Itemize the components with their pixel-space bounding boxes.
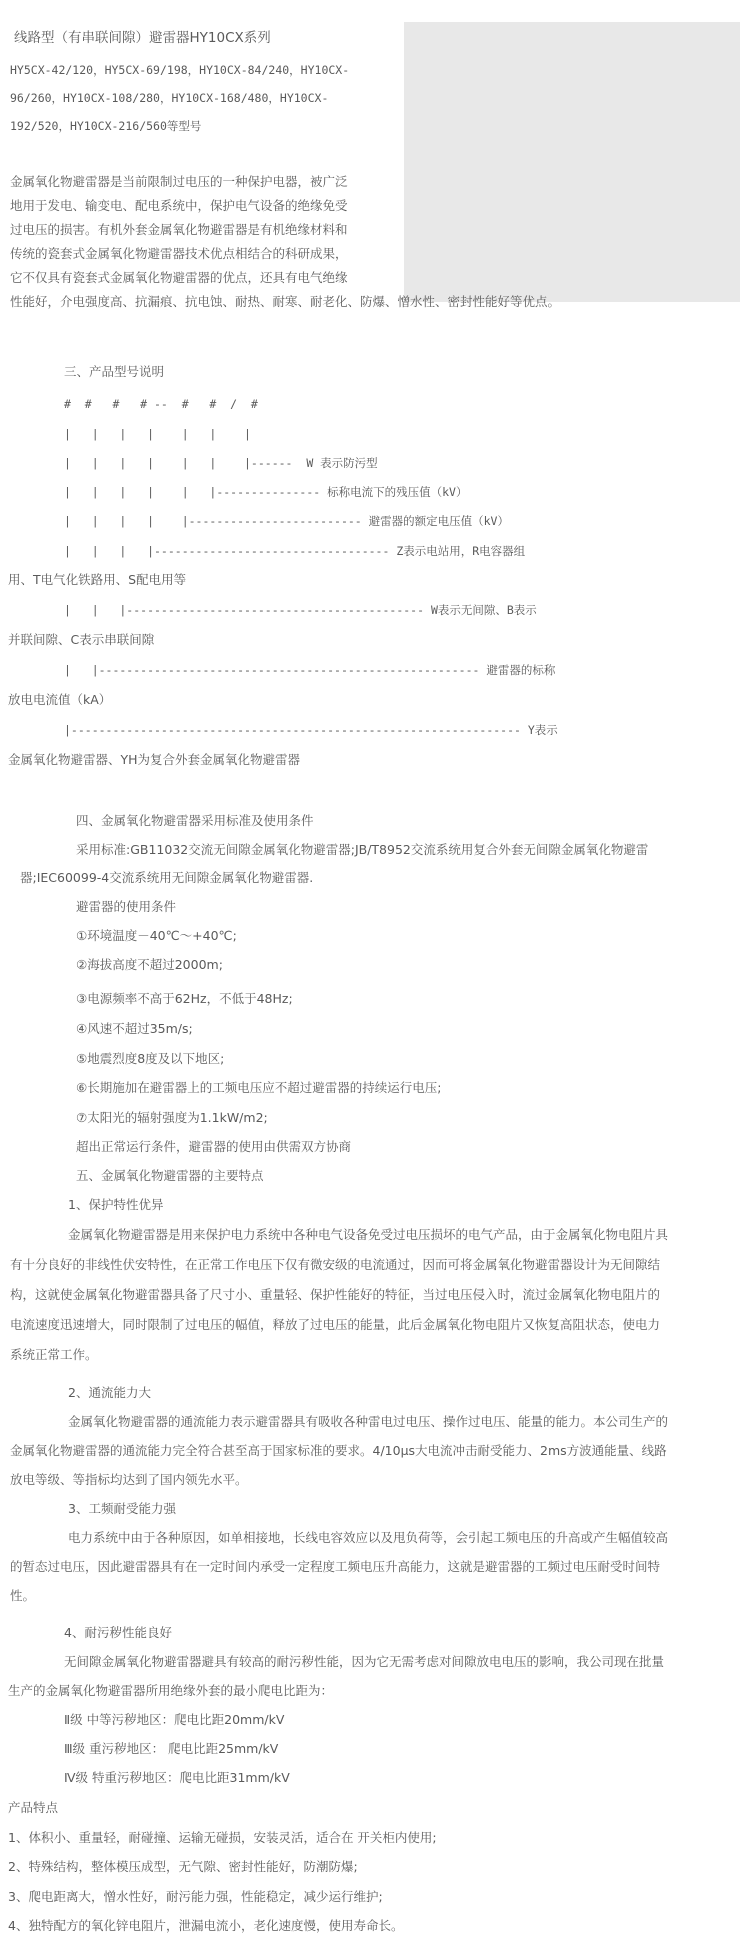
feature-title: 3、工频耐受能力强 <box>68 1501 176 1517</box>
diagram-line: | |-------------------------------------… <box>64 662 555 678</box>
condition-item: ⑥长期施加在避雷器上的工频电压应不超过避雷器的持续运行电压; <box>76 1080 441 1096</box>
diagram-line: 用、T电气化铁路用、S配电用等 <box>8 572 186 588</box>
model-list-line: 192/520，HY10CX-216/560等型号 <box>10 118 201 134</box>
condition-item: ⑦太阳光的辐射强度为1.1kW/m2; <box>76 1110 268 1126</box>
feature-line: 性。 <box>10 1588 35 1604</box>
intro-line: 过电压的损害。有机外套金属氧化物避雷器是有机绝缘材料和 <box>10 222 348 238</box>
intro-line: 性能好，介电强度高、抗漏痕、抗电蚀、耐热、耐寒、耐老化、防爆、憎水性、密封性能好… <box>10 294 560 310</box>
feature-line: 构，这就使金属氧化物避雷器具备了尺寸小、重量轻、保护性能好的特征，当过电压侵入时… <box>10 1287 660 1303</box>
section-heading: 产品特点 <box>8 1800 58 1816</box>
feature-line: 金属氧化物避雷器是用来保护电力系统中各种电气设备免受过电压损坏的电气产品，由于金… <box>68 1227 668 1243</box>
feature-line: 系统正常工作。 <box>10 1347 98 1363</box>
diagram-line: |---------------------------------------… <box>64 722 558 738</box>
pollution-grade: Ⅲ级 重污秽地区： 爬电比距25mm/kV <box>64 1741 278 1757</box>
section-heading: 五、金属氧化物避雷器的主要特点 <box>76 1168 264 1184</box>
condition-item: ①环境温度－40℃～+40℃; <box>76 928 237 944</box>
intro-line: 地用于发电、输变电、配电系统中，保护电气设备的绝缘免受 <box>10 198 348 214</box>
pollution-grade: Ⅱ级 中等污秽地区：爬电比距20mm/kV <box>64 1712 284 1728</box>
product-feature-item: 2、特殊结构，整体模压成型，无气隙、密封性能好，防潮防爆; <box>8 1859 358 1875</box>
product-feature-item: 1、体积小、重量轻，耐碰撞、运输无碰损，安装灵活，适合在 开关柜内使用; <box>8 1830 437 1846</box>
feature-line: 金属氧化物避雷器的通流能力表示避雷器具有吸收各种雷电过电压、操作过电压、能量的能… <box>68 1414 668 1430</box>
condition-item: ④风速不超过35m/s; <box>76 1021 193 1037</box>
diagram-line: | | | | |------------------------- 避雷器的额… <box>64 513 509 529</box>
section-heading: 三、产品型号说明 <box>64 364 164 380</box>
intro-line: 金属氧化物避雷器是当前限制过电压的一种保护电器，被广泛 <box>10 174 348 190</box>
feature-line: 放电等级、等指标均达到了国内领先水平。 <box>10 1472 248 1488</box>
pollution-grade: Ⅳ级 特重污秽地区：爬电比距31mm/kV <box>64 1770 290 1786</box>
standards-line: 器;IEC60099-4交流系统用无间隙金属氧化物避雷器. <box>20 870 313 886</box>
section-heading: 四、金属氧化物避雷器采用标准及使用条件 <box>76 813 314 829</box>
page-title: 线路型（有串联间隙）避雷器HY10CX系列 <box>14 30 271 46</box>
diagram-line: # # # # -- # # / # <box>64 396 258 412</box>
feature-line: 生产的金属氧化物避雷器所用绝缘外套的最小爬电比距为： <box>8 1683 333 1699</box>
diagram-line: | | | | | | | <box>64 426 251 442</box>
diagram-line: 放电电流值（kA） <box>8 692 111 708</box>
diagram-line: | | | | | |--------------- 标称电流下的残压值（kV） <box>64 484 467 500</box>
conditions-note: 超出正常运行条件，避雷器的使用由供需双方协商 <box>76 1139 351 1155</box>
conditions-heading: 避雷器的使用条件 <box>76 899 176 915</box>
model-list-line: 96/260，HY10CX-108/280，HY10CX-168/480，HY1… <box>10 90 328 106</box>
product-feature-item: 3、爬电距离大，憎水性好，耐污能力强，性能稳定，减少运行维护; <box>8 1889 383 1905</box>
feature-title: 1、保护特性优异 <box>68 1197 163 1213</box>
condition-item: ③电源频率不高于62Hz，不低于48Hz; <box>76 991 293 1007</box>
diagram-line: | | | | | | |------ W 表示防污型 <box>64 455 378 471</box>
diagram-line: | | |-----------------------------------… <box>64 602 537 618</box>
feature-line: 电力系统中由于各种原因，如单相接地，长线电容效应以及甩负荷等，会引起工频电压的升… <box>68 1530 668 1546</box>
intro-line: 传统的瓷套式金属氧化物避雷器技术优点相结合的科研成果， <box>10 246 348 262</box>
intro-line: 它不仅具有瓷套式金属氧化物避雷器的优点，还具有电气绝缘 <box>10 270 348 286</box>
product-feature-item: 4、独特配方的氧化锌电阻片，泄漏电流小，老化速度慢，使用寿命长。 <box>8 1918 403 1934</box>
diagram-line: | | | |---------------------------------… <box>64 543 525 559</box>
condition-item: ②海拔高度不超过2000m; <box>76 957 223 973</box>
feature-line: 有十分良好的非线性伏安特性，在正常工作电压下仅有微安级的电流通过，因而可将金属氧… <box>10 1257 660 1273</box>
feature-line: 无间隙金属氧化物避雷器避具有较高的耐污秽性能，因为它无需考虑对间隙放电电压的影响… <box>64 1654 664 1670</box>
feature-title: 4、耐污秽性能良好 <box>64 1625 172 1641</box>
standards-line: 采用标准:GB11032交流无间隙金属氧化物避雷器;JB/T8952交流系统用复… <box>76 842 648 858</box>
feature-line: 金属氧化物避雷器的通流能力完全符合甚至高于国家标准的要求。4/10μs大电流冲击… <box>10 1443 667 1459</box>
feature-line: 的暂态过电压，因此避雷器具有在一定时间内承受一定程度工频电压升高能力，这就是避雷… <box>10 1559 660 1575</box>
diagram-line: 金属氧化物避雷器、YH为复合外套金属氧化物避雷器 <box>8 752 300 768</box>
model-list-line: HY5CX-42/120，HY5CX-69/198，HY10CX-84/240，… <box>10 62 349 78</box>
diagram-line: 并联间隙、C表示串联间隙 <box>8 632 154 648</box>
feature-line: 电流速度迅速增大，同时限制了过电压的幅值，释放了过电压的能量，此后金属氧化物电阻… <box>10 1317 660 1333</box>
condition-item: ⑤地震烈度8度及以下地区; <box>76 1051 224 1067</box>
product-image <box>404 22 740 302</box>
feature-title: 2、通流能力大 <box>68 1385 151 1401</box>
